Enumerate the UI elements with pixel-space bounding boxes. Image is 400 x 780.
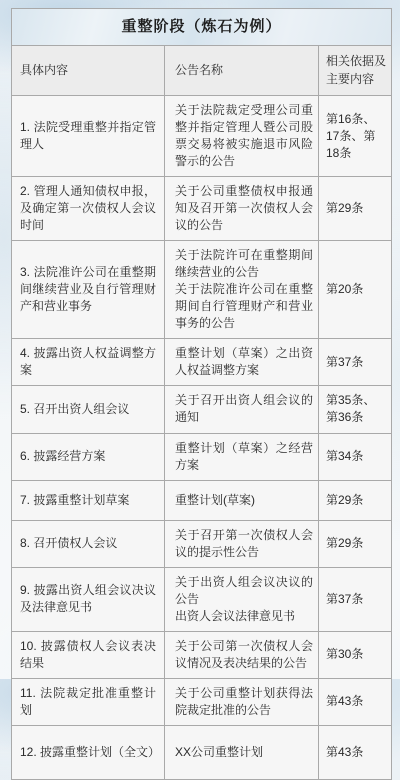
table-row: 2. 管理人通知债权申报，及确定第一次债权人会议时间关于公司重整债权申报通知及召…: [12, 177, 392, 241]
content-cell: 7. 披露重整计划草案: [12, 480, 165, 520]
reorg-stage-table: 重整阶段（炼石为例） 具体内容 公告名称 相关依据及主要内容 1. 法院受理重整…: [11, 8, 392, 679]
column-header-basis: 相关依据及主要内容: [319, 46, 392, 96]
basis-cell: 第29条: [319, 177, 392, 241]
column-header-announcement: 公告名称: [165, 46, 319, 96]
table-row: 8. 召开债权人会议关于召开第一次债权人会议的提示性公告第29条: [12, 520, 392, 567]
announcement-cell: 重整计划（草案）之经营方案: [165, 433, 319, 480]
content-cell: 9. 披露出资人组会议决议及法律意见书: [12, 567, 165, 631]
announcement-cell: 重整计划（草案）之出资人权益调整方案: [165, 339, 319, 386]
announcement-cell: 关于召开第一次债权人会议的提示性公告: [165, 520, 319, 567]
content-cell: 10. 披露债权人会议表决结果: [12, 631, 165, 678]
page-title: 重整阶段（炼石为例）: [12, 9, 392, 46]
announcement-cell: 关于召开出资人组会议的通知: [165, 386, 319, 433]
basis-cell: 第34条: [319, 433, 392, 480]
content-cell: 3. 法院准许公司在重整期间继续营业及自行管理财产和营业事务: [12, 241, 165, 339]
announcement-cell: 关于出资人组会议决议的公告 出资人会议法律意见书: [165, 567, 319, 631]
announcement-cell: 关于法院许可在重整期间继续营业的公告 关于法院准许公司在重整期间自行管理财产和营…: [165, 241, 319, 339]
table-row: 4. 披露出资人权益调整方案重整计划（草案）之出资人权益调整方案第37条: [12, 339, 392, 386]
content-cell: 5. 召开出资人组会议: [12, 386, 165, 433]
table-row: 10. 披露债权人会议表决结果关于公司第一次债权人会议情况及表决结果的公告第30…: [12, 631, 392, 678]
basis-cell: 第29条: [319, 520, 392, 567]
content-cell: 2. 管理人通知债权申报，及确定第一次债权人会议时间: [12, 177, 165, 241]
column-header-content: 具体内容: [12, 46, 165, 96]
basis-cell: 第30条: [319, 631, 392, 678]
content-cell: 4. 披露出资人权益调整方案: [12, 339, 165, 386]
announcement-cell: 关于公司第一次债权人会议情况及表决结果的公告: [165, 631, 319, 678]
basis-cell: 第37条: [319, 339, 392, 386]
table-row: 5. 召开出资人组会议关于召开出资人组会议的通知第35条、第36条: [12, 386, 392, 433]
announcement-cell: 重整计划(草案): [165, 480, 319, 520]
table-body: 1. 法院受理重整并指定管理人关于法院裁定受理公司重整并指定管理人暨公司股票交易…: [12, 96, 392, 680]
table-row: 1. 法院受理重整并指定管理人关于法院裁定受理公司重整并指定管理人暨公司股票交易…: [12, 96, 392, 177]
basis-cell: 第37条: [319, 567, 392, 631]
table-header-row: 具体内容 公告名称 相关依据及主要内容: [12, 46, 392, 96]
table-row: 9. 披露出资人组会议决议及法律意见书关于出资人组会议决议的公告 出资人会议法律…: [12, 567, 392, 631]
announcement-cell: 关于法院裁定受理公司重整并指定管理人暨公司股票交易将被实施退市风险警示的公告: [165, 96, 319, 177]
content-cell: 8. 召开债权人会议: [12, 520, 165, 567]
basis-cell: 第20条: [319, 241, 392, 339]
reorg-stage-table-container: 重整阶段（炼石为例） 具体内容 公告名称 相关依据及主要内容 1. 法院受理重整…: [11, 8, 391, 679]
content-cell: 6. 披露经营方案: [12, 433, 165, 480]
table-row: 6. 披露经营方案重整计划（草案）之经营方案第34条: [12, 433, 392, 480]
table-row: 3. 法院准许公司在重整期间继续营业及自行管理财产和营业事务关于法院许可在重整期…: [12, 241, 392, 339]
basis-cell: 第29条: [319, 480, 392, 520]
basis-cell: 第16条、17条、第18条: [319, 96, 392, 177]
basis-cell: 第35条、第36条: [319, 386, 392, 433]
table-title-row: 重整阶段（炼石为例）: [12, 9, 392, 46]
announcement-cell: 关于公司重整债权申报通知及召开第一次债权人会议的公告: [165, 177, 319, 241]
content-cell: 1. 法院受理重整并指定管理人: [12, 96, 165, 177]
table-row: 7. 披露重整计划草案重整计划(草案)第29条: [12, 480, 392, 520]
